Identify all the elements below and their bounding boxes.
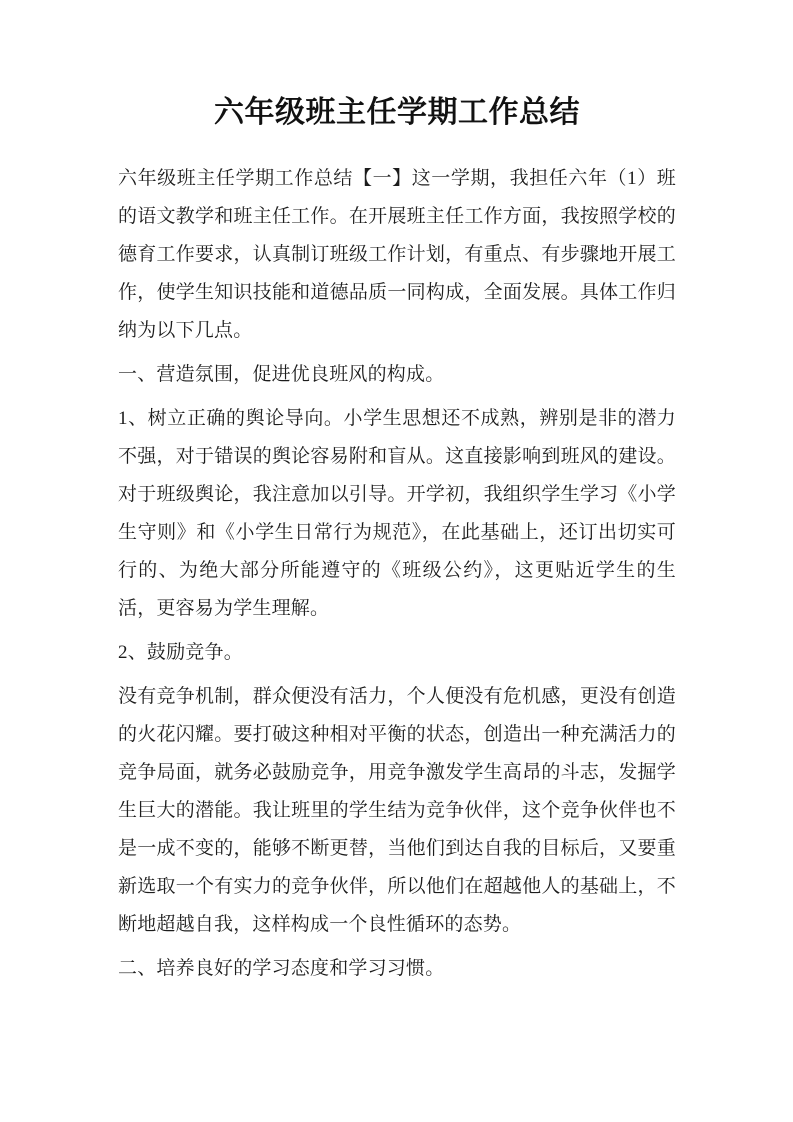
document-body: 六年级班主任学期工作总结【一】这一学期，我担任六年（1）班的语文教学和班主任工作… [118, 160, 676, 988]
paragraph-opinion-guidance: 1、树立正确的舆论导向。小学生思想还不成熟，辨别是非的潜力不强，对于错误的舆论容… [118, 400, 676, 628]
document-title: 六年级班主任学期工作总结 [118, 93, 676, 133]
section-heading-two: 二、培养良好的学习态度和学习习惯。 [118, 950, 676, 988]
section-heading-one: 一、营造氛围，促进优良班风的构成。 [118, 356, 676, 394]
paragraph-intro: 六年级班主任学期工作总结【一】这一学期，我担任六年（1）班的语文教学和班主任工作… [118, 160, 676, 350]
paragraph-competition-mechanism: 没有竞争机制，群众便没有活力，个人便没有危机感，更没有创造的火花闪耀。要打破这种… [118, 678, 676, 944]
sub-heading-encourage-competition: 2、鼓励竞争。 [118, 634, 676, 672]
document-page: 六年级班主任学期工作总结 六年级班主任学期工作总结【一】这一学期，我担任六年（1… [0, 0, 793, 1122]
